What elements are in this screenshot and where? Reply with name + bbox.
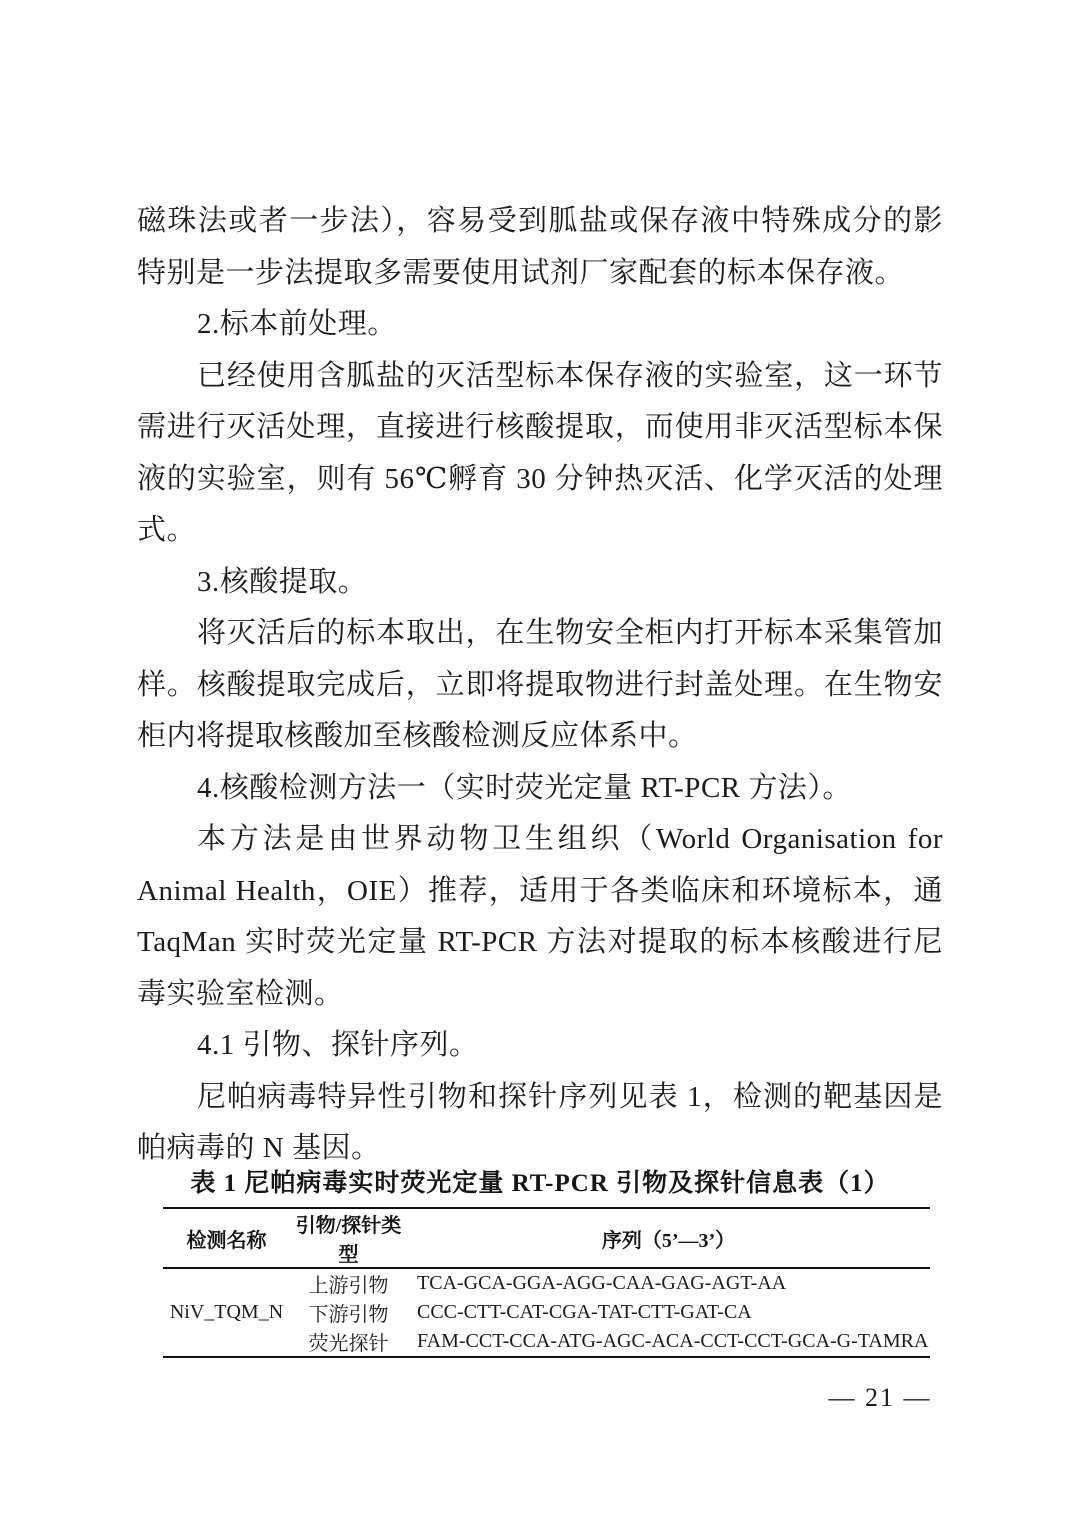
- column-header-assay-name: 检测名称: [163, 1208, 290, 1268]
- primer-type-cell: 荧光探针: [290, 1327, 407, 1357]
- column-header-sequence: 序列（5’—3’）: [407, 1208, 930, 1268]
- body-line: 柜内将提取核酸加至核酸检测反应体系中。: [137, 711, 943, 763]
- body-line: TaqMan 实时荧光定量 RT-PCR 方法对提取的标本核酸进行尼帕病: [137, 917, 943, 969]
- sequence-cell: FAM-CCT-CCA-ATG-AGC-ACA-CCT-CCT-GCA-G-TA…: [407, 1327, 930, 1357]
- body-line: 毒实验室检测。: [137, 969, 943, 1021]
- body-line: 特别是一步法提取多需要使用试剂厂家配套的标本保存液。: [137, 248, 943, 300]
- document-page: 磁珠法或者一步法），容易受到胍盐或保存液中特殊成分的影响，特别是一步法提取多需要…: [0, 0, 1080, 1527]
- table-row: NiV_TQM_N 上游引物 TCA-GCA-GGA-AGG-CAA-GAG-A…: [163, 1268, 930, 1298]
- body-line: 液的实验室，则有 56℃孵育 30 分钟热灭活、化学灭活的处理方: [137, 454, 943, 506]
- table-header-row: 检测名称 引物/探针类型 序列（5’—3’）: [163, 1208, 930, 1268]
- primer-table: 检测名称 引物/探针类型 序列（5’—3’） NiV_TQM_N 上游引物 TC…: [163, 1207, 930, 1358]
- body-line: 已经使用含胍盐的灭活型标本保存液的实验室，这一环节无: [137, 351, 943, 403]
- column-header-primer-type: 引物/探针类型: [290, 1208, 407, 1268]
- body-line: 4.1 引物、探针序列。: [137, 1020, 943, 1072]
- body-line: 需进行灭活处理，直接进行核酸提取，而使用非灭活型标本保存: [137, 402, 943, 454]
- body-line: 样。核酸提取完成后，立即将提取物进行封盖处理。在生物安全: [137, 660, 943, 712]
- primer-type-cell: 下游引物: [290, 1298, 407, 1327]
- table-title: 表 1 尼帕病毒实时荧光定量 RT-PCR 引物及探针信息表（1）: [137, 1166, 943, 1202]
- body-line: 3.核酸提取。: [137, 557, 943, 609]
- assay-name-cell: NiV_TQM_N: [163, 1268, 290, 1357]
- body-text: 磁珠法或者一步法），容易受到胍盐或保存液中特殊成分的影响，特别是一步法提取多需要…: [137, 196, 943, 1175]
- body-line: 将灭活后的标本取出，在生物安全柜内打开标本采集管加: [137, 608, 943, 660]
- body-line: 本方法是由世界动物卫生组织（World Organisation for: [137, 814, 943, 866]
- body-line: 磁珠法或者一步法），容易受到胍盐或保存液中特殊成分的影响，: [137, 196, 943, 248]
- sequence-cell: TCA-GCA-GGA-AGG-CAA-GAG-AGT-AA: [407, 1268, 930, 1298]
- page-number: — 21 —: [790, 1383, 970, 1413]
- body-line: Animal Health，OIE）推荐，适用于各类临床和环境标本，通过: [137, 866, 943, 918]
- primer-type-cell: 上游引物: [290, 1268, 407, 1298]
- sequence-cell: CCC-CTT-CAT-CGA-TAT-CTT-GAT-CA: [407, 1298, 930, 1327]
- body-line: 式。: [137, 505, 943, 557]
- body-line: 2.标本前处理。: [137, 299, 943, 351]
- body-line: 尼帕病毒特异性引物和探针序列见表 1，检测的靶基因是尼: [137, 1072, 943, 1124]
- body-line: 4.核酸检测方法一（实时荧光定量 RT-PCR 方法）。: [137, 763, 943, 815]
